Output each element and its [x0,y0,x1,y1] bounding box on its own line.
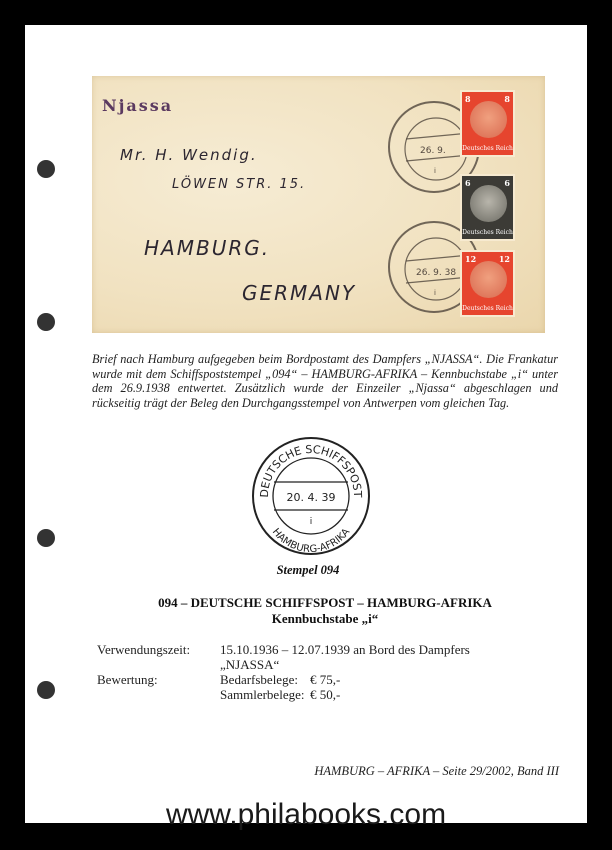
svg-text:26. 9. 38: 26. 9. 38 [416,268,456,278]
entry-subheading: Kennbuchstabe „i“ [92,611,558,627]
rating-price: € 75,- [310,672,340,688]
postmark-illustration: DEUTSCHE SCHIFFSPOST HAMBURG-AFRIKA 20. … [250,435,372,557]
postmark-label: Stempel 094 [228,563,388,578]
portrait-icon [470,101,507,138]
page-footer: HAMBURG – AFRIKA – Seite 29/2002, Band I… [314,764,559,779]
portrait-icon [470,185,507,222]
ship-mark: Njassa [102,96,173,115]
cover-description: Brief nach Hamburg aufgegeben beim Bordp… [92,352,558,410]
album-page: Njassa Mr. H. Wendig. LÖWEN STR. 15. HAM… [25,25,587,823]
usage-value-ship: „NJASSA“ [220,657,279,673]
svg-text:20. 4. 39: 20. 4. 39 [287,491,336,504]
svg-text:26. 9.: 26. 9. [420,146,446,156]
stamp-12-pfennig: 1212 Deutsches Reich [460,250,515,317]
watermark-url: www.philabooks.com [0,800,612,830]
address-line: Mr. H. Wendig. [120,146,258,164]
svg-text:HAMBURG-AFRIKA: HAMBURG-AFRIKA [270,527,353,556]
rating-type: Bedarfsbelege: [220,672,298,688]
svg-text:i: i [310,517,313,527]
address-line: LÖWEN STR. 15. [172,177,306,192]
svg-text:i: i [434,167,436,175]
punch-hole [37,313,55,331]
usage-label: Verwendungszeit: [97,642,190,658]
envelope-image: Njassa Mr. H. Wendig. LÖWEN STR. 15. HAM… [92,76,545,333]
punch-hole [37,529,55,547]
stamp-6-pfennig: 66 Deutsches Reich [460,174,515,241]
entry-heading: 094 – DEUTSCHE SCHIFFSPOST – HAMBURG-AFR… [92,595,558,611]
punch-hole [37,681,55,699]
stamp-8-pfennig: 88 Deutsches Reich [460,90,515,157]
rating-price: € 50,- [310,687,340,703]
address-line: HAMBURG. [144,236,270,260]
punch-hole [37,160,55,178]
portrait-icon [470,261,507,298]
entry-title: 094 – DEUTSCHE SCHIFFSPOST – HAMBURG-AFR… [92,595,558,627]
address-line: GERMANY [242,281,356,305]
svg-text:i: i [434,289,436,297]
usage-value: 15.10.1936 – 12.07.1939 an Bord des Damp… [220,642,470,658]
rating-label: Bewertung: [97,672,158,688]
rating-type: Sammlerbelege: [220,687,304,703]
